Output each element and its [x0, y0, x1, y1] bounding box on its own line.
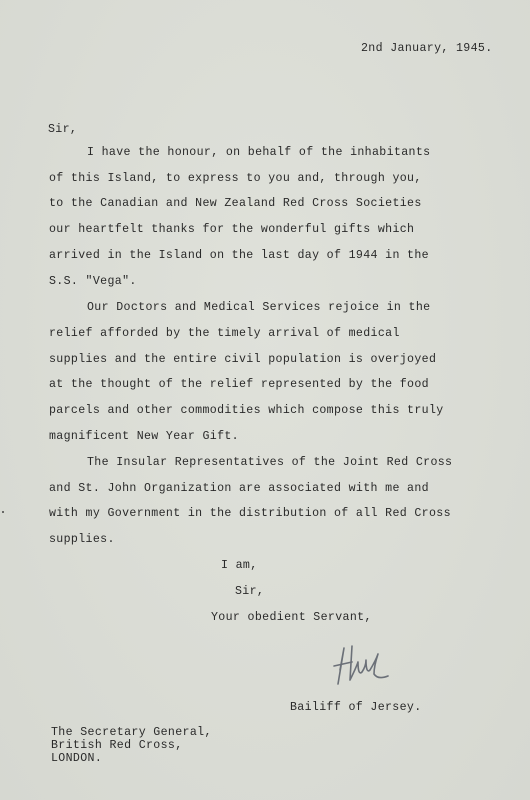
paragraph-1-line: our heartfelt thanks for the wonderful g…: [49, 223, 414, 237]
closing-line: Your obedient Servant,: [211, 611, 372, 625]
paragraph-2-line: parcels and other commodities which comp…: [49, 404, 444, 418]
paragraph-1-line: S.S. "Vega".: [49, 275, 137, 289]
recipient-line: The Secretary General,: [51, 726, 212, 739]
paragraph-1-line: I have the honour, on behalf of the inha…: [87, 146, 430, 160]
letter-page: 2nd January, 1945. Sir, I have the honou…: [0, 0, 530, 800]
paragraph-1-line: of this Island, to express to you and, t…: [49, 172, 422, 186]
paragraph-2-line: supplies and the entire civil population…: [49, 353, 436, 367]
paragraph-3-line: The Insular Representatives of the Joint…: [87, 456, 452, 470]
paragraph-3-line: with my Government in the distribution o…: [49, 507, 451, 521]
signatory-title: Bailiff of Jersey.: [290, 701, 422, 715]
paragraph-1-line: arrived in the Island on the last day of…: [49, 249, 429, 263]
paragraph-3-line: and St. John Organization are associated…: [49, 482, 429, 496]
paragraph-2-line: magnificent New Year Gift.: [49, 430, 239, 444]
handwritten-signature-icon: [330, 640, 410, 690]
paragraph-2-line: at the thought of the relief represented…: [49, 378, 429, 392]
closing-line: I am,: [221, 559, 258, 573]
letter-date: 2nd January, 1945.: [361, 42, 493, 56]
paragraph-1-line: to the Canadian and New Zealand Red Cros…: [49, 197, 422, 211]
paragraph-3-line: supplies.: [49, 533, 115, 547]
salutation: Sir,: [48, 123, 77, 137]
paragraph-2-line: relief afforded by the timely arrival of…: [49, 327, 400, 341]
paragraph-2-line: Our Doctors and Medical Services rejoice…: [87, 301, 430, 315]
recipient-line: LONDON.: [51, 752, 102, 765]
paper-mark: [2, 511, 4, 513]
recipient-line: British Red Cross,: [51, 739, 183, 752]
closing-line: Sir,: [235, 585, 264, 599]
